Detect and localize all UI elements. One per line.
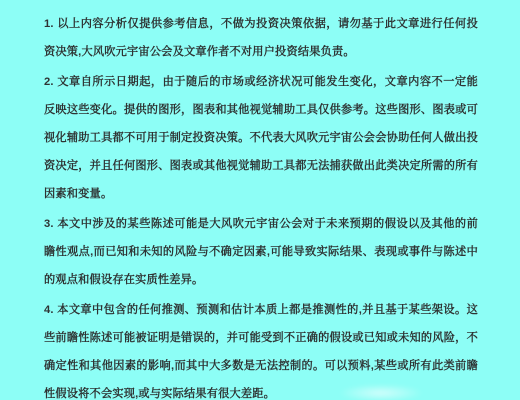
disclaimer-paragraph-1: 1. 以上内容分析仅提供参考信息，不做为投资决策依据，请勿基于此文章进行任何投资…: [44, 10, 478, 66]
disclaimer-paragraph-2: 2. 文章自所示日期起，由于随后的市场或经济状况可能发生变化，文章内容不一定能反…: [44, 68, 478, 208]
disclaimer-paragraph-3: 3. 本文中涉及的某些陈述可能是大风吹元宇宙公会对于未来预期的假设以及其他的前瞻…: [44, 210, 478, 294]
disclaimer-paragraph-4: 4. 本文章中包含的任何推测、预测和估计本质上都是推测性的,并且基于某些架设。这…: [44, 296, 478, 400]
disclaimer-page: 1. 以上内容分析仅提供参考信息，不做为投资决策依据，请勿基于此文章进行任何投资…: [0, 0, 520, 400]
